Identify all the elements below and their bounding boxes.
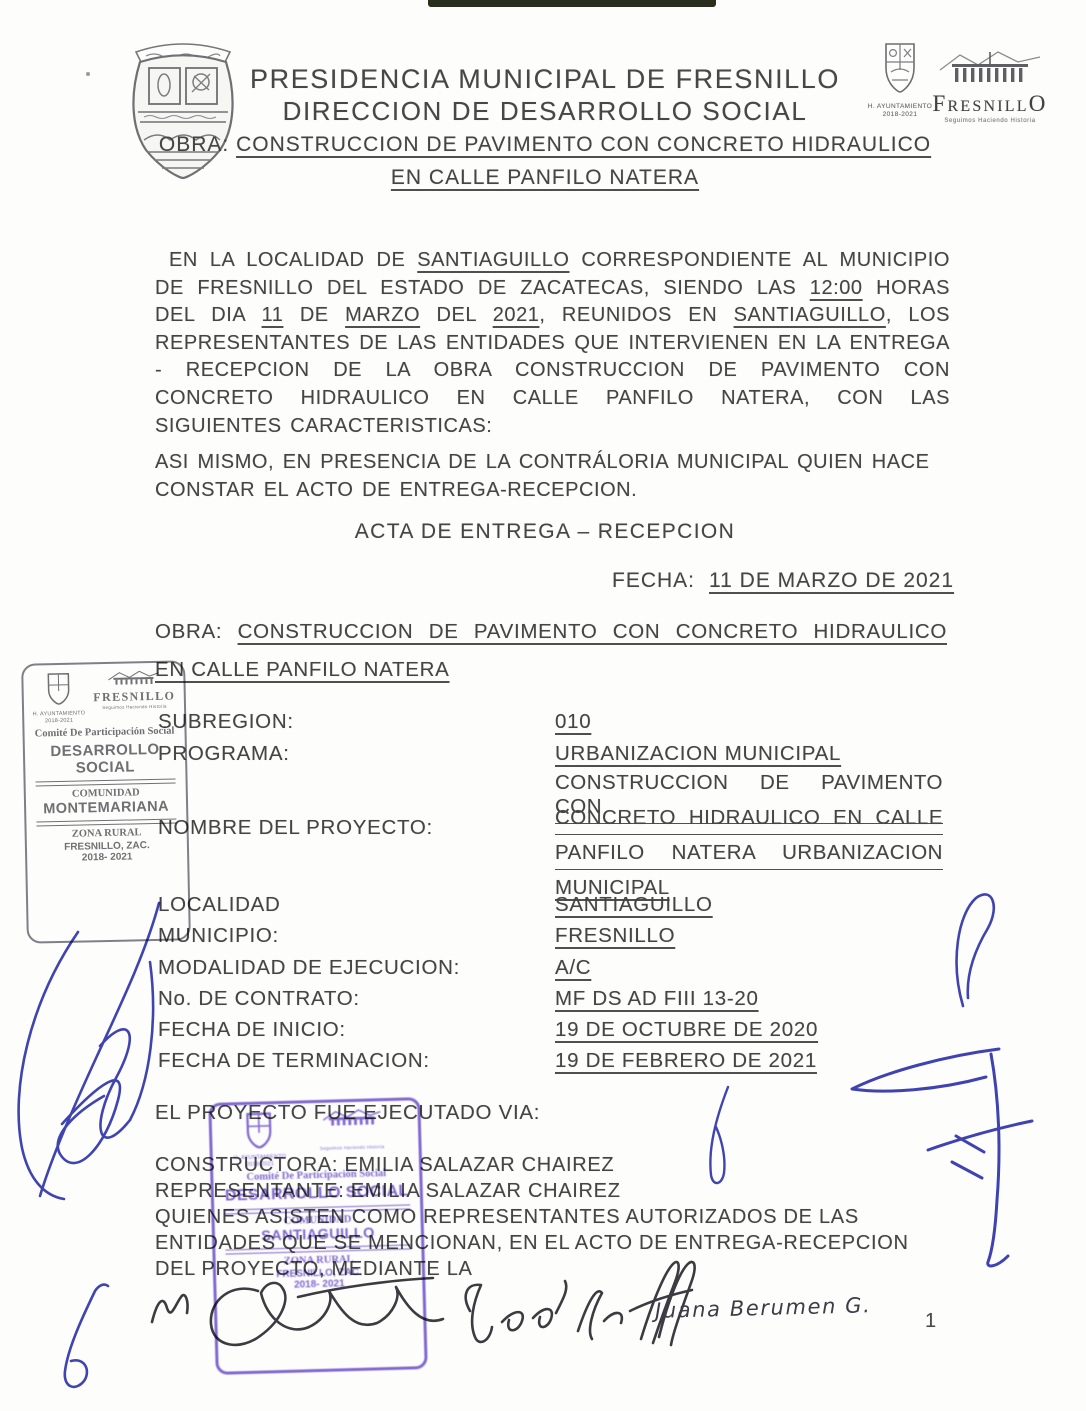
document-title-line1: PRESIDENCIA MUNICIPAL DE FRESNILLO (190, 64, 900, 95)
stamp-brand-tagline: Seguimos Haciendo Historia (93, 704, 175, 711)
small-shield-base (891, 69, 909, 80)
logo-columns (955, 68, 1022, 82)
stamp-brand-word: FRESNILLO (93, 689, 175, 706)
stamp-department: DESARROLLO SOCIAL (214, 1182, 420, 1206)
field-label: FECHA DE TERMINACION: (158, 1049, 430, 1072)
logo-beam (952, 64, 1028, 67)
scan-speck (86, 72, 90, 76)
intro-paragraph: EN LA LOCALIDAD DE SANTIAGUILLO CORRESPO… (155, 247, 950, 440)
stamp-crest-block: H. AYUNTAMIENTO 2018-2021 (232, 1111, 286, 1168)
field-label: No. DE CONTRATO: (158, 987, 360, 1010)
signature-stroke (40, 903, 159, 1196)
stamp-crest-icon (244, 1111, 275, 1150)
signature-stroke (152, 1295, 188, 1322)
field-row-localidad: LOCALIDAD SANTIAGUILLO (158, 893, 950, 921)
obra-section-value: CONSTRUCCION DE PAVIMENTO CON CONCRETO H… (238, 620, 947, 643)
fecha-line: FECHA:11 DE MARZO DE 2021 (612, 569, 954, 593)
signature-stroke (988, 1054, 1008, 1266)
stamp-community-name: MONTEMARIANA (26, 798, 186, 817)
signature-stroke (502, 1281, 566, 1330)
field-row-contrato: No. DE CONTRATO: MF DS AD FIII 13-20 (158, 987, 950, 1015)
fresnillo-logo-tagline: Seguimos Haciendo Historia (930, 118, 1050, 124)
signature-stroke (928, 1121, 1032, 1150)
field-value: SANTIAGUILLO (555, 893, 713, 917)
signature-stroke (19, 932, 78, 1199)
field-label: MODALIDAD DE EJECUCION: (158, 956, 460, 979)
small-shield-dot (890, 50, 897, 57)
field-row-programa: PROGRAMA: URBANIZACION MUNICIPAL (158, 742, 950, 770)
stamp-brand-block: FRESNILLO Seguimos Haciendo Historia (93, 670, 176, 711)
small-shield-divide (886, 44, 914, 70)
left-blue-signature (19, 903, 159, 1199)
obra-section-line2: EN CALLE PANFILO NATERA (155, 658, 449, 682)
stamp-committee-line: Comité De Participación Social (24, 725, 184, 739)
field-row-fecha-inicio: FECHA DE INICIO: 19 DE OCTUBRE DE 2020 (158, 1018, 950, 1046)
stamp-zone: ZONA RURAL (27, 826, 187, 840)
project-name-line: PANFILO NATERA URBANIZACION (555, 841, 943, 870)
stamp-brand-icon (321, 1108, 381, 1126)
fresnillo-logo-word: FRESNILLO (930, 91, 1050, 117)
stamp-department: DESARROLLO SOCIAL (25, 740, 186, 777)
fresnillo-logo-icon (938, 50, 1042, 86)
stamp-brand-icon (108, 670, 160, 685)
small-shield-mark (904, 49, 911, 57)
stamp-logos-row: H. AYUNTAMIENTO 2018-2021 FRESNILLO Segu… (23, 662, 184, 724)
stamp-crest-block: H. AYUNTAMIENTO 2018-2021 (32, 671, 86, 724)
stamp-crest-icon (45, 672, 72, 707)
contraloria-paragraph: ASI MISMO, EN PRESENCIA DE LA CONTRÁLORI… (155, 449, 950, 504)
field-value: FRESNILLO (555, 924, 675, 948)
project-name-line: CONCRETO HIDRAULICO EN CALLE (555, 806, 943, 835)
field-row-fecha-terminacion: FECHA DE TERMINACION: 19 DE FEBRERO DE 2… (158, 1049, 950, 1077)
field-value: A/C (555, 956, 591, 980)
signature-stroke (466, 1285, 492, 1342)
obra-section-line1: OBRA: CONSTRUCCION DE PAVIMENTO CON CONC… (155, 620, 947, 644)
field-value: 19 DE FEBRERO DE 2021 (555, 1049, 817, 1073)
obra-section-label: OBRA: (155, 620, 222, 643)
stamp-committee-line: Comité De Participación Social (213, 1167, 419, 1184)
comite-participacion-stamp-purple: H. AYUNTAMIENTO 2018-2021 FRESNILLO Segu… (208, 1097, 428, 1375)
stamp-divider (36, 819, 176, 827)
header-obra-line2: EN CALLE PANFILO NATERA (150, 166, 940, 190)
acta-title: ACTA DE ENTREGA – RECEPCION (150, 520, 940, 544)
signature-stroke (952, 1136, 984, 1178)
field-row-municipio: MUNICIPIO: FRESNILLO (158, 924, 950, 952)
field-label: FECHA DE INICIO: (158, 1018, 346, 1041)
field-row-subregion: SUBREGION: 010 (158, 710, 950, 738)
ayuntamiento-crest-icon (880, 40, 920, 98)
signature-stroke (100, 1029, 130, 1137)
document-title-line2: DIRECCION DE DESARROLLO SOCIAL (190, 96, 900, 127)
fecha-value: 11 DE MARZO DE 2021 (709, 569, 954, 592)
handwritten-name-juana: Juana Berumen G. (655, 1293, 872, 1323)
stamp-shield-divide (248, 1114, 271, 1134)
field-value: MF DS AD FIII 13-20 (555, 987, 759, 1011)
field-label-nombre-proyecto: NOMBRE DEL PROYECTO: (158, 816, 433, 840)
stamp-shield-divide (48, 674, 68, 691)
field-value: 010 (555, 710, 591, 734)
stamp-years: 2018- 2021 (27, 850, 187, 864)
bottom-left-mark (65, 1285, 108, 1387)
scanned-document-page: PRESIDENCIA MUNICIPAL DE FRESNILLO DIREC… (0, 0, 1086, 1411)
field-value: 19 DE OCTUBRE DE 2020 (555, 1018, 818, 1042)
stamp-crest-caption: H. AYUNTAMIENTO 2018-2021 (33, 710, 86, 724)
page-number: 1 (925, 1310, 936, 1333)
stamp-divider (36, 779, 176, 787)
comite-participacion-stamp-gray: H. AYUNTAMIENTO 2018-2021 FRESNILLO Segu… (21, 660, 191, 943)
stamp-brand-block: FRESNILLO Seguimos Haciendo Historia (306, 1108, 398, 1152)
header-obra-value: CONSTRUCCION DE PAVIMENTO CON CONCRETO H… (236, 133, 931, 156)
stamp-logos-row: H. AYUNTAMIENTO 2018-2021 FRESNILLO Segu… (211, 1100, 419, 1169)
field-row-modalidad: MODALIDAD DE EJECUCION: A/C (158, 956, 950, 984)
signature-stroke (578, 1291, 622, 1339)
fecha-label: FECHA: (612, 569, 695, 592)
header-obra-label: OBRA: (159, 133, 229, 156)
right-loop-signature (957, 894, 994, 1006)
scan-artifact-bar (428, 0, 716, 7)
field-value: URBANIZACION MUNICIPAL (555, 742, 841, 766)
stamp-logo-columns (116, 679, 153, 685)
signature-stroke (130, 962, 153, 1120)
header-obra-line1: OBRA: CONSTRUCCION DE PAVIMENTO CON CONC… (150, 133, 940, 157)
signature-stroke (58, 1080, 120, 1163)
fresnillo-logo: FRESNILLO Seguimos Haciendo Historia (930, 50, 1050, 124)
stamp-crest-caption: H. AYUNTAMIENTO 2018-2021 (234, 1154, 287, 1168)
